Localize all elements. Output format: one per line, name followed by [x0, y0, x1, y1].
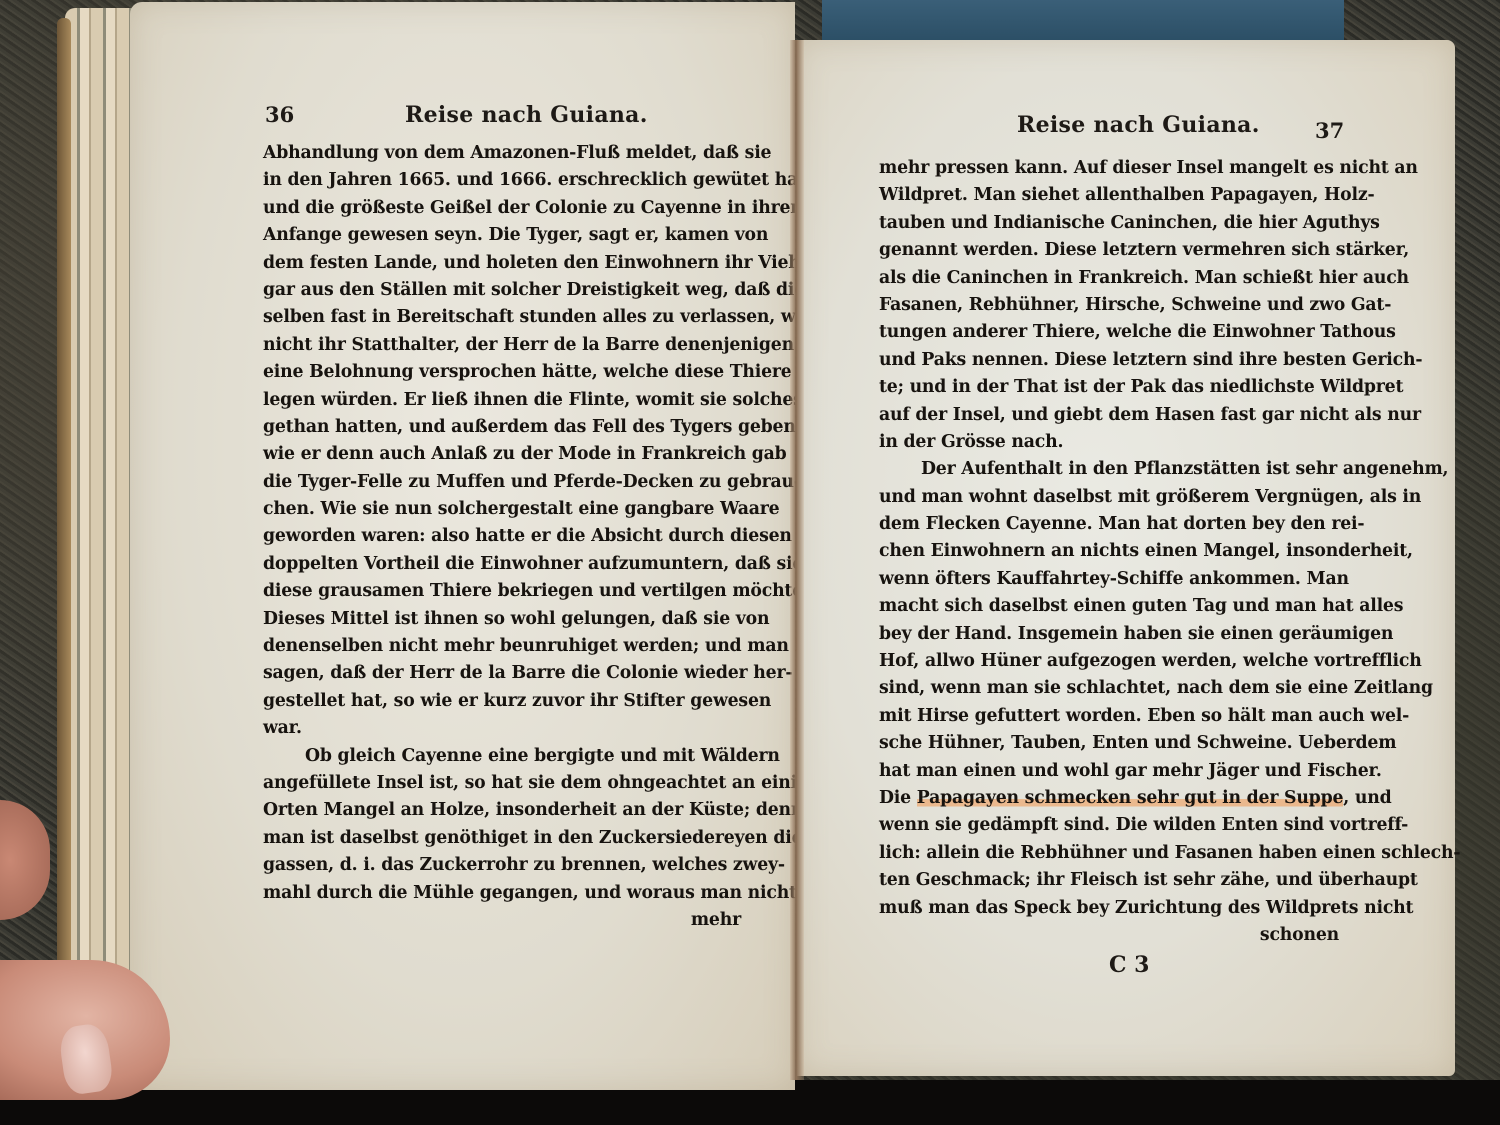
- text-line: denenselben nicht mehr beunruhiget werde…: [263, 633, 741, 660]
- text-line: tungen anderer Thiere, welche die Einwoh…: [879, 319, 1339, 346]
- orange-highlight: Papagayen schmecken sehr gut in der Supp…: [917, 788, 1343, 808]
- text-line: eine Belohnung versprochen hätte, welche…: [263, 359, 741, 386]
- text-line: mehr pressen kann. Auf dieser Insel mang…: [879, 155, 1339, 182]
- signature-mark: C 3: [1109, 952, 1149, 978]
- text-line: tauben und Indianische Caninchen, die hi…: [879, 210, 1339, 237]
- text-line: auf der Insel, und giebt dem Hasen fast …: [879, 402, 1339, 429]
- text-line: mahl durch die Mühle gegangen, und worau…: [263, 880, 741, 907]
- text-line: als die Caninchen in Frankreich. Man sch…: [879, 265, 1339, 292]
- text-line: und die größeste Geißel der Colonie zu C…: [263, 195, 741, 222]
- running-head-right: Reise nach Guiana.: [1017, 112, 1260, 138]
- page-number-left: 36: [265, 102, 294, 127]
- catchword: mehr: [263, 907, 741, 934]
- right-page: Reise nach Guiana. 37 mehr pressen kann.…: [797, 40, 1455, 1076]
- left-page: 36 Reise nach Guiana. Abhandlung von dem…: [130, 2, 795, 1090]
- text-line: hat man einen und wohl gar mehr Jäger un…: [879, 758, 1339, 785]
- text-line: die Tyger-Felle zu Muffen und Pferde-Dec…: [263, 469, 741, 496]
- text-line: dem festen Lande, und holeten den Einwoh…: [263, 250, 741, 277]
- text-line: nicht ihr Statthalter, der Herr de la Ba…: [263, 332, 741, 359]
- text-line: te; und in der That ist der Pak das nied…: [879, 374, 1339, 401]
- text-line: und Paks nennen. Diese letztern sind ihr…: [879, 347, 1339, 374]
- text-line: Dieses Mittel ist ihnen so wohl gelungen…: [263, 606, 741, 633]
- text-line: geworden waren: also hatte er die Absich…: [263, 523, 741, 550]
- right-page-body: mehr pressen kann. Auf dieser Insel mang…: [879, 155, 1339, 949]
- text-line: angefüllete Insel ist, so hat sie dem oh…: [263, 770, 741, 797]
- text-line: ten Geschmack; ihr Fleisch ist sehr zähe…: [879, 867, 1339, 894]
- text-line: in der Grösse nach.: [879, 429, 1339, 456]
- text-line: sind, wenn man sie schlachtet, nach dem …: [879, 675, 1339, 702]
- text-line: man ist daselbst genöthiget in den Zucke…: [263, 825, 741, 852]
- left-page-body: Abhandlung von dem Amazonen-Fluß meldet,…: [263, 140, 741, 934]
- text-line: muß man das Speck bey Zurichtung des Wil…: [879, 895, 1339, 922]
- text-line: mit Hirse gefuttert worden. Eben so hält…: [879, 703, 1339, 730]
- text-line: gestellet hat, so wie er kurz zuvor ihr …: [263, 688, 741, 715]
- text-line: gethan hatten, und außerdem das Fell des…: [263, 414, 741, 441]
- text-line: wenn öfters Kauffahrtey-Schiffe ankommen…: [879, 566, 1339, 593]
- text-line: gassen, d. i. das Zuckerrohr zu brennen,…: [263, 852, 741, 879]
- text-line: bey der Hand. Insgemein haben sie einen …: [879, 621, 1339, 648]
- text-line: Hof, allwo Hüner aufgezogen werden, welc…: [879, 648, 1339, 675]
- text-line: legen würden. Er ließ ihnen die Flinte, …: [263, 387, 741, 414]
- text-fragment: , und: [1343, 785, 1391, 812]
- highlighted-text-line: Die Papagayen schmecken sehr gut in der …: [879, 785, 1339, 812]
- text-line: chen. Wie sie nun solchergestalt eine ga…: [263, 496, 741, 523]
- text-line: chen Einwohnern an nichts einen Mangel, …: [879, 538, 1339, 565]
- text-line: war.: [263, 715, 741, 742]
- blue-card: [822, 0, 1344, 40]
- text-line: sche Hühner, Tauben, Enten und Schweine.…: [879, 730, 1339, 757]
- text-line: diese grausamen Thiere bekriegen und ver…: [263, 578, 741, 605]
- text-line: Abhandlung von dem Amazonen-Fluß meldet,…: [263, 140, 741, 167]
- text-line: Wildpret. Man siehet allenthalben Papaga…: [879, 182, 1339, 209]
- text-line: wenn sie gedämpft sind. Die wilden Enten…: [879, 812, 1339, 839]
- text-fragment: Die: [879, 788, 917, 808]
- text-line: lich: allein die Rebhühner und Fasanen h…: [879, 840, 1339, 867]
- finger: [0, 800, 50, 920]
- text-line: dem Flecken Cayenne. Man hat dorten bey …: [879, 511, 1339, 538]
- text-line: macht sich daselbst einen guten Tag und …: [879, 593, 1339, 620]
- text-line: genannt werden. Diese letztern vermehren…: [879, 237, 1339, 264]
- text-line: in den Jahren 1665. und 1666. erschreckl…: [263, 167, 741, 194]
- text-line: wie er denn auch Anlaß zu der Mode in Fr…: [263, 441, 741, 468]
- text-line: sagen, daß der Herr de la Barre die Colo…: [263, 660, 741, 687]
- catchword: schonen: [879, 922, 1339, 949]
- text-line: und man wohnt daselbst mit größerem Verg…: [879, 484, 1339, 511]
- page-number-right: 37: [1315, 118, 1344, 143]
- text-line: Ob gleich Cayenne eine bergigte und mit …: [263, 743, 741, 770]
- book-gutter: [790, 40, 804, 1080]
- text-line: gar aus den Ställen mit solcher Dreistig…: [263, 277, 741, 304]
- text-line: selben fast in Bereitschaft stunden alle…: [263, 304, 741, 331]
- text-line: Anfange gewesen seyn. Die Tyger, sagt er…: [263, 222, 741, 249]
- text-line: Der Aufenthalt in den Pflanzstätten ist …: [879, 456, 1339, 483]
- running-head-left: Reise nach Guiana.: [405, 102, 648, 128]
- text-line: Fasanen, Rebhühner, Hirsche, Schweine un…: [879, 292, 1339, 319]
- text-line: doppelten Vortheil die Einwohner aufzumu…: [263, 551, 741, 578]
- text-line: Orten Mangel an Holze, insonderheit an d…: [263, 797, 741, 824]
